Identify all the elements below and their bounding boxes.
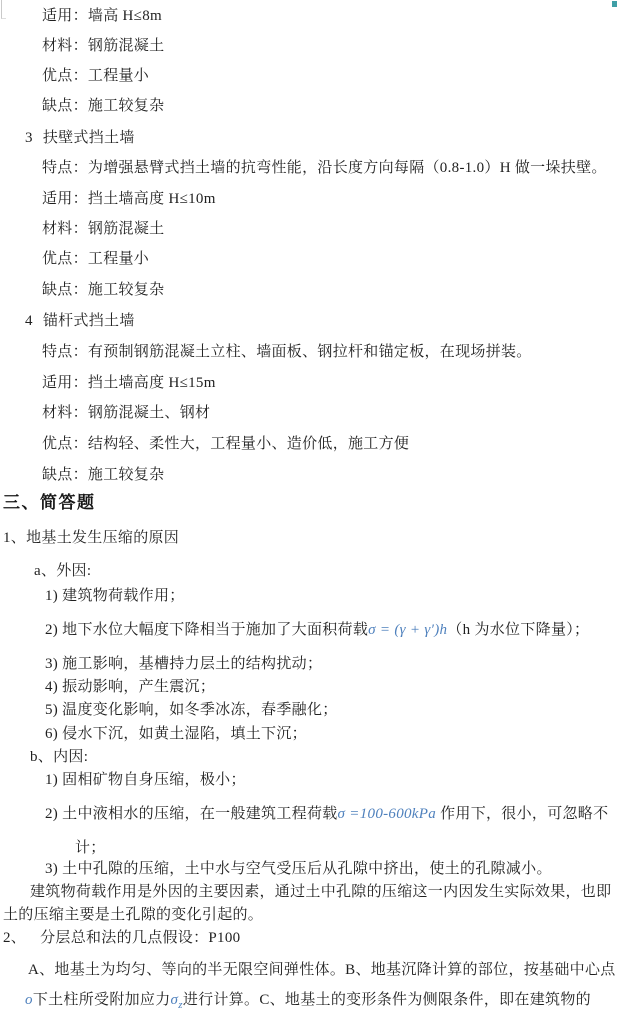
sigma-load-formula: σ =100-600kPa [338, 806, 437, 822]
section-heading: 三、简答题 [3, 493, 96, 513]
wall4-number: 4 [25, 313, 33, 329]
wall4-title: 锚杆式挡土墙 [43, 311, 135, 331]
q1-ext2-pre: 2) 地下水位大幅度下降相当于施加了大面积荷载 [45, 622, 368, 638]
wall4-feature: 特点：有预制钢筋混凝土立柱、墙面板、钢拉杆和锚定板，在现场拼装。 [42, 342, 532, 362]
wall3-number: 3 [25, 130, 33, 146]
wall3-title: 扶壁式挡土墙 [43, 128, 135, 148]
wall3-con: 缺点：施工较复杂 [42, 280, 164, 300]
q2-title-line: 2、分层总和法的几点假设：P100 [3, 928, 240, 948]
q2-line2-rest: 进行计算。C、地基土的变形条件为侧限条件，即在建筑物的 [183, 992, 591, 1008]
wall3-feature: 特点：为增强悬臂式挡土墙的抗弯性能，沿长度方向每隔（0.8-1.0）H 做一垛扶… [42, 158, 607, 178]
wall4-material: 材料：钢筋混凝土、钢材 [42, 403, 210, 423]
q1-summary-line-1: 建筑物荷载作用是外因的主要因素，通过土中孔隙的压缩这一内因发生实际效果，也即 [30, 882, 611, 902]
wall3-title-line: 3扶壁式挡土墙 [25, 128, 135, 148]
q2-assumption-line-1: A、地基土为均匀、等向的半无限空间弹性体。B、地基沉降计算的部位，按基础中心点 [28, 960, 616, 980]
q2-number: 2、 [3, 930, 26, 946]
q1-ext-item-3: 3) 施工影响，基槽持力层土的结构扰动； [45, 654, 322, 674]
wall4-apply: 适用：挡土墙高度 H≤15m [42, 373, 216, 393]
wall2-con: 缺点：施工较复杂 [42, 96, 164, 116]
q1-external-label: a、外因: [34, 561, 91, 581]
q1-ext-item-1: 1) 建筑物荷载作用； [45, 586, 185, 606]
q1-title: 1、地基土发生压缩的原因 [3, 528, 179, 548]
wall3-pro: 优点：工程量小 [42, 249, 149, 269]
wall4-con: 缺点：施工较复杂 [42, 465, 164, 485]
q1-int2-pre: 2) 土中液相水的压缩，在一般建筑工程荷载 [45, 806, 338, 822]
q1-int-item-1: 1) 固相矿物自身压缩，极小； [45, 770, 246, 790]
q1-ext-item-5: 5) 温度变化影响，如冬季冰冻，春季融化； [45, 700, 338, 720]
q1-ext-item-6: 6) 侵水下沉，如黄土湿陷，填土下沉； [45, 724, 307, 744]
q1-ext2-post: （h 为水位下降量）； [447, 622, 589, 638]
wall3-material: 材料：钢筋混凝土 [42, 219, 164, 239]
wall4-title-line: 4锚杆式挡土墙 [25, 311, 135, 331]
wall3-apply: 适用：挡土墙高度 H≤10m [42, 189, 216, 209]
q1-summary-line-2: 土的压缩主要是土孔隙的变化引起的。 [3, 905, 263, 925]
q2-title: 分层总和法的几点假设：P100 [40, 928, 240, 948]
wall4-pro: 优点：结构轻、柔性大，工程量小、造价低，施工方便 [42, 434, 409, 454]
q1-int2-post: 作用下，很小，可忽略不 [436, 806, 608, 822]
q1-ext-item-2: 2) 地下水位大幅度下降相当于施加了大面积荷载σ = (γ + γ′)h（h 为… [45, 620, 589, 640]
page-corner-artifact [1, 0, 6, 19]
q1-int-item-2: 2) 土中液相水的压缩，在一般建筑工程荷载σ =100-600kPa 作用下，很… [45, 804, 608, 824]
q1-ext-item-4: 4) 振动影响，产生震沉； [45, 677, 215, 697]
sigma-formula: σ = (γ + γ′)h [368, 622, 447, 638]
q2-assumption-line-2: o下土柱所受附加应力σz进行计算。C、地基土的变形条件为侧限条件，即在建筑物的 [25, 990, 591, 1015]
wall2-pro: 优点：工程量小 [42, 66, 149, 86]
q1-int-item-3: 3) 土中孔隙的压缩，土中水与空气受压后从孔隙中挤出，使土的孔隙减小。 [45, 859, 552, 879]
page-edge-mark [612, 1, 617, 7]
q2-line2-mid: 下土柱所受附加应力 [33, 992, 171, 1008]
wall2-material: 材料：钢筋混凝土 [42, 36, 164, 56]
q1-internal-label: b、内因: [30, 747, 88, 767]
q1-int-item-2-wrap: 计； [75, 838, 106, 858]
wall2-apply: 适用：墙高 H≤8m [42, 6, 162, 26]
point-o-symbol: o [25, 992, 33, 1008]
sigma-z-symbol: σz [171, 992, 183, 1008]
